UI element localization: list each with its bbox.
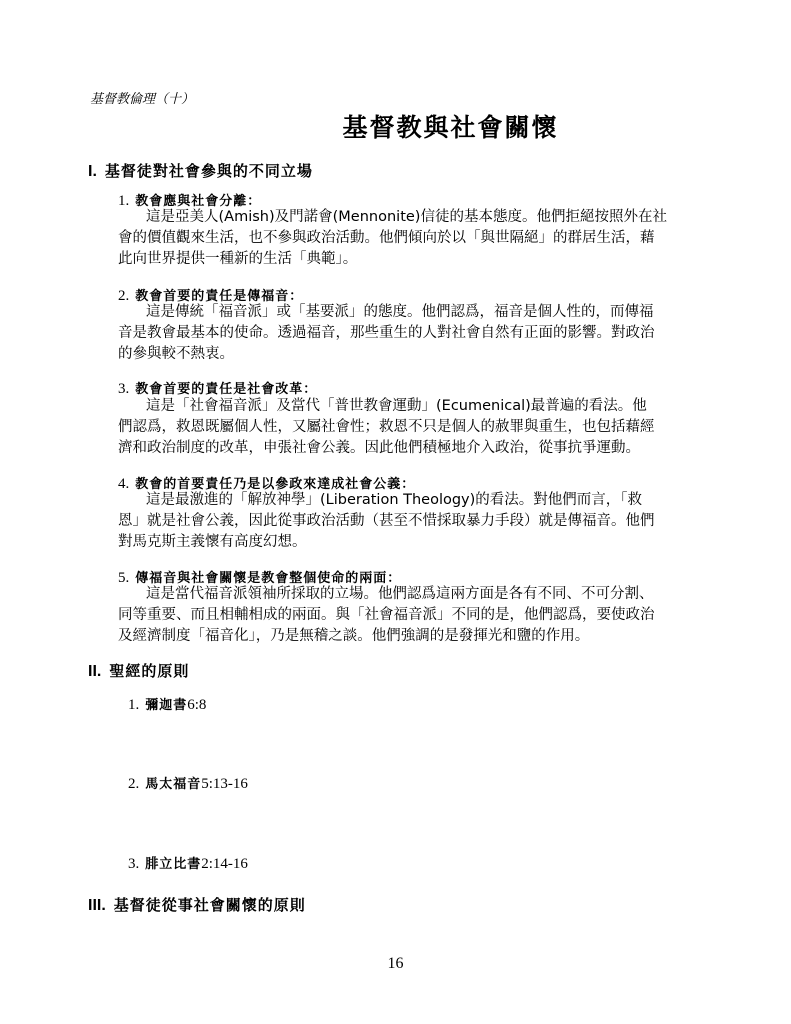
paragraph-line: 這是傳統「福音派」或「基要派」的態度。他們認爲，福音是個人性的，而傳福 — [118, 302, 708, 323]
item-number: 3. — [118, 381, 129, 397]
paragraph-4: 這是最激進的「解放神學」(Liberation Theology)的看法。對他們… — [118, 490, 708, 553]
paragraph-line: 及經濟制度「福音化」，乃是無稽之談。他們強調的是發揮光和鹽的作用。 — [118, 626, 708, 647]
page-title: 基督教與社會關懷 — [0, 108, 791, 144]
page-number: 16 — [0, 955, 791, 973]
paragraph-line: 這是亞美人(Amish)及門諾會(Mennonite)信徒的基本態度。他們拒絕按… — [118, 207, 708, 228]
paragraph-line: 同等重要、而且相輔相成的兩面。與「社會福音派」不同的是，他們認爲，要使政治 — [118, 605, 708, 626]
ref-verse: 2:14-16 — [201, 856, 248, 872]
section-number: III. — [88, 897, 106, 914]
ref-number: 3. — [128, 856, 139, 872]
section-title: 基督徒對社會參與的不同立場 — [105, 162, 313, 180]
paragraph-line: 這是最激進的「解放神學」(Liberation Theology)的看法。對他們… — [118, 490, 708, 511]
section-number: I. — [88, 163, 97, 180]
paragraph-1: 這是亞美人(Amish)及門諾會(Mennonite)信徒的基本態度。他們拒絕按… — [118, 207, 708, 270]
paragraph-line: 這是當代福音派領袖所採取的立場。他們認爲這兩方面是各有不同、不可分割、 — [118, 584, 708, 605]
item-title: 教會首要的責任是社會改革： — [135, 382, 317, 397]
paragraph-5: 這是當代福音派領袖所採取的立場。他們認爲這兩方面是各有不同、不可分割、 同等重要… — [118, 584, 708, 647]
ref-number: 2. — [128, 776, 139, 792]
paragraph-line: 此向世界提供一種新的生活「典範」。 — [118, 249, 708, 270]
section-title: 基督徒從事社會關懷的原則 — [114, 896, 306, 914]
section-heading-2: II.聖經的原則 — [88, 660, 189, 681]
paragraph-line: 這是「社會福音派」及當代「普世教會運動」(Ecumenical)最普遍的看法。他 — [118, 396, 708, 417]
section-heading-1: I.基督徒對社會參與的不同立場 — [88, 160, 313, 181]
document-page: 基督教倫理（十） 基督教與社會關懷 I.基督徒對社會參與的不同立場 1.教會應與… — [0, 0, 791, 1024]
ref-verse: 6:8 — [187, 697, 206, 713]
paragraph-line: 音是教會最基本的使命。透過福音，那些重生的人對社會自然有正面的影響。對政治 — [118, 323, 708, 344]
paragraph-line: 濟和政治制度的改革，申張社會公義。因此他們積極地介入政治，從事抗爭運動。 — [118, 438, 708, 459]
ref-book: 馬太福音 — [145, 777, 201, 792]
section-title: 聖經的原則 — [109, 662, 189, 680]
ref-verse: 5:13-16 — [201, 776, 248, 792]
running-head: 基督教倫理（十） — [90, 88, 194, 107]
paragraph-3: 這是「社會福音派」及當代「普世教會運動」(Ecumenical)最普遍的看法。他… — [118, 396, 708, 459]
paragraph-line: 對馬克斯主義懷有高度幻想。 — [118, 532, 708, 553]
scripture-reference-1: 1.彌迦書6:8 — [128, 694, 206, 714]
paragraph-line: 會的價值觀來生活，也不參與政治活動。他們傾向於以「與世隔絕」的群居生活，藉 — [118, 228, 708, 249]
item-heading-3: 3.教會首要的責任是社會改革： — [118, 378, 317, 398]
section-number: II. — [88, 663, 101, 680]
section-heading-3: III.基督徒從事社會關懷的原則 — [88, 894, 306, 915]
ref-book: 彌迦書 — [145, 698, 187, 713]
ref-book: 腓立比書 — [145, 857, 201, 872]
scripture-reference-3: 3.腓立比書2:14-16 — [128, 853, 248, 873]
paragraph-2: 這是傳統「福音派」或「基要派」的態度。他們認爲，福音是個人性的，而傳福 音是教會… — [118, 302, 708, 365]
paragraph-line: 的參與較不熱衷。 — [118, 344, 708, 365]
ref-number: 1. — [128, 697, 139, 713]
paragraph-line: 們認爲，救恩既屬個人性，又屬社會性；救恩不只是個人的赦罪與重生，也包括藉經 — [118, 417, 708, 438]
paragraph-line: 恩」就是社會公義，因此從事政治活動（甚至不惜採取暴力手段）就是傳福音。他們 — [118, 511, 708, 532]
scripture-reference-2: 2.馬太福音5:13-16 — [128, 773, 248, 793]
